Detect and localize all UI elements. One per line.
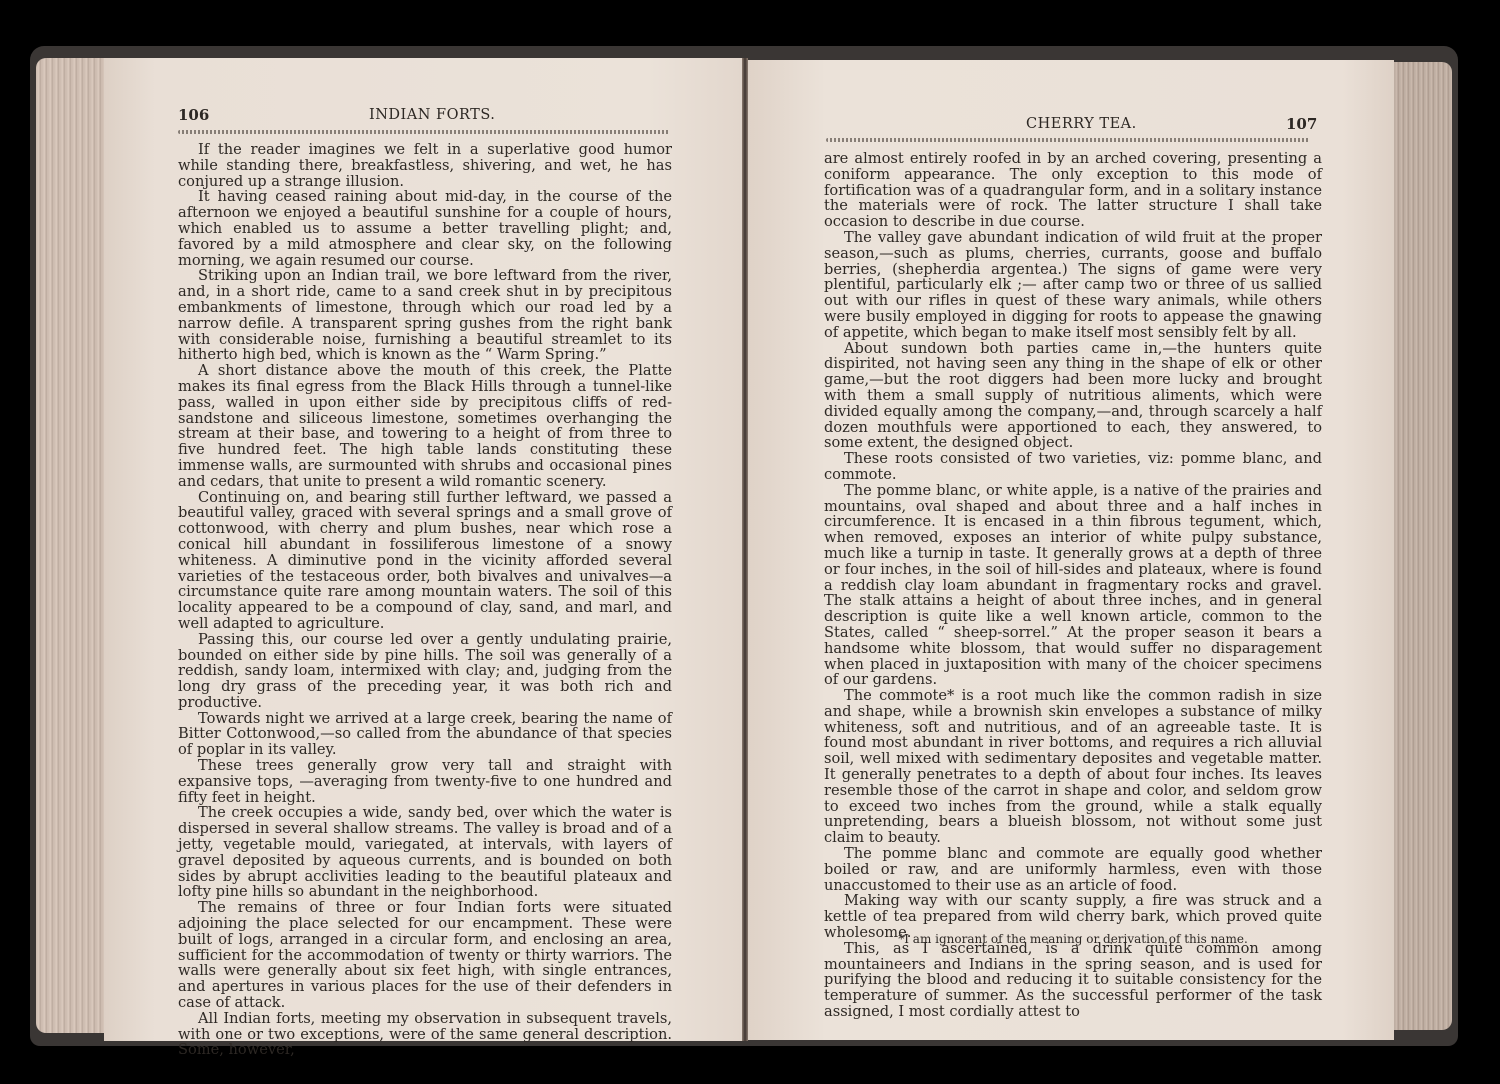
page-edges-right (1390, 62, 1452, 1030)
paragraph: The valley gave abundant indication of w… (824, 230, 1322, 341)
paragraph: These trees generally grow very tall and… (178, 758, 672, 805)
paragraph: The remains of three or four Indian fort… (178, 900, 672, 1011)
wavy-rule (826, 138, 1310, 142)
paragraph: Striking upon an Indian trail, we bore l… (178, 268, 672, 363)
page-number: 106 (178, 106, 209, 124)
paragraph: The commote* is a root much like the com… (824, 688, 1322, 846)
paragraph: These roots consisted of two varieties, … (824, 451, 1322, 483)
right-page: CHERRY TEA. 107 are almost entirely roof… (748, 60, 1394, 1040)
page-number: 107 (1286, 115, 1317, 133)
running-head: INDIAN FORTS. (369, 107, 495, 123)
paragraph: A short distance above the mouth of this… (178, 363, 672, 489)
footnote: *I am ignorant of the meaning or derivat… (824, 932, 1322, 946)
paragraph: The pomme blanc and commote are equally … (824, 846, 1322, 893)
paragraph: All Indian forts, meeting my observation… (178, 1011, 672, 1058)
paragraph: If the reader imagines we felt in a supe… (178, 142, 672, 189)
running-head: CHERRY TEA. (1026, 116, 1137, 132)
page-body: If the reader imagines we felt in a supe… (178, 142, 672, 1058)
paragraph: Towards night we arrived at a large cree… (178, 711, 672, 758)
paragraph: Continuing on, and bearing still further… (178, 490, 672, 632)
wavy-rule (178, 130, 670, 134)
paragraph: The creek occupies a wide, sandy bed, ov… (178, 805, 672, 900)
paragraph: Passing this, our course led over a gent… (178, 632, 672, 711)
paragraph: This, as I ascertained, is a drink quite… (824, 941, 1322, 1020)
paragraph: About sundown both parties came in,—the … (824, 341, 1322, 452)
paragraph: The pomme blanc, or white apple, is a na… (824, 483, 1322, 688)
page-edges-left (36, 58, 106, 1033)
paragraph: It having ceased raining about mid-day, … (178, 189, 672, 268)
paragraph: are almost entirely roofed in by an arch… (824, 151, 1322, 230)
left-page: 106 INDIAN FORTS. If the reader imagines… (104, 58, 744, 1041)
page-body: are almost entirely roofed in by an arch… (824, 151, 1322, 1020)
